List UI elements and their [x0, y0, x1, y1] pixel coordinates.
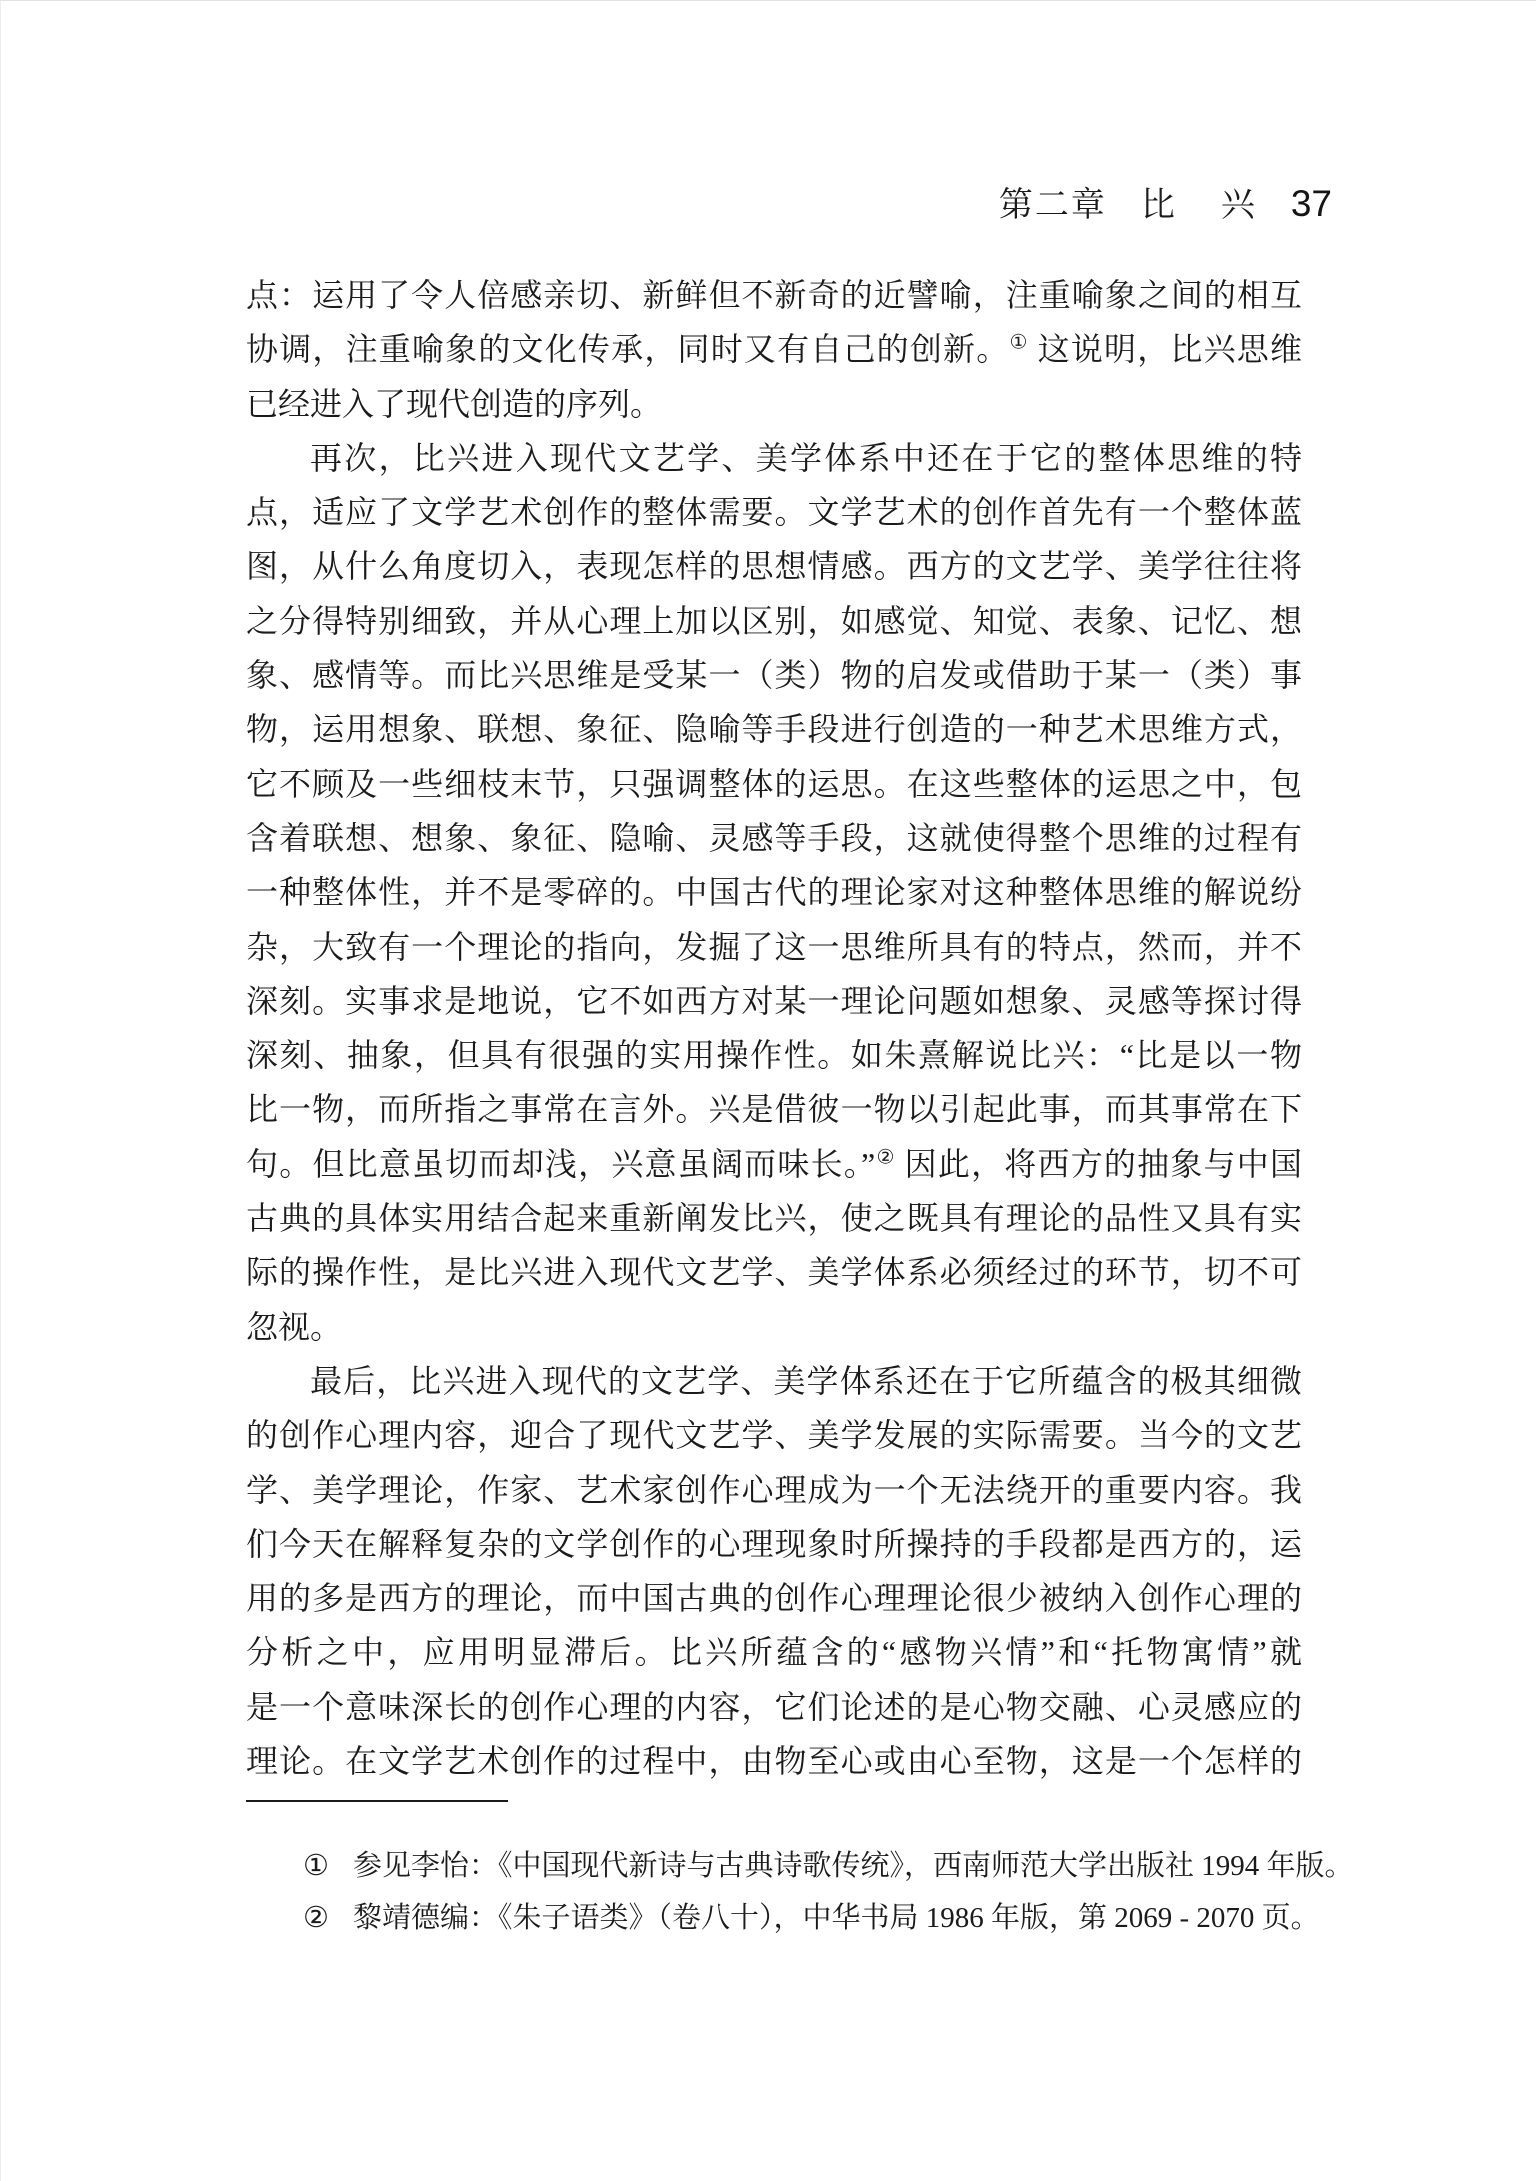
body-line: 们今天在解释复杂的文学创作的心理现象时所操持的手段都是西方的，运: [246, 1517, 1302, 1571]
footnote-marker: ②: [303, 1892, 329, 1944]
chapter-label: 第二章: [999, 187, 1107, 224]
body-line: 深刻、抽象，但具有很强的实用操作性。如朱熹解说比兴：“比是以一物: [246, 1028, 1302, 1082]
running-header: 第二章比 兴37: [246, 184, 1332, 226]
body-line: 再次，比兴进入现代文艺学、美学体系中还在于它的整体思维的特: [246, 431, 1302, 485]
body-line: 用的多是西方的理论，而中国古典的创作心理理论很少被纳入创作心理的: [246, 1571, 1302, 1625]
book-page: 第二章比 兴37 点：运用了令人倍感亲切、新鲜但不新奇的近譬喻，注重喻象之间的相…: [0, 0, 1536, 2181]
body-line: 忽视。: [246, 1300, 1302, 1354]
body-line: 际的操作性，是比兴进入现代文艺学、美学体系必须经过的环节，切不可: [246, 1245, 1302, 1299]
body-line: 点：运用了令人倍感亲切、新鲜但不新奇的近譬喻，注重喻象之间的相互: [246, 268, 1302, 322]
body-line: 深刻。实事求是地说，它不如西方对某一理论问题如想象、灵感等探讨得: [246, 974, 1302, 1028]
body-line: 学、美学理论，作家、艺术家创作心理成为一个无法绕开的重要内容。我: [246, 1463, 1302, 1517]
body-line: 之分得特别细致，并从心理上加以区别，如感觉、知觉、表象、记忆、想: [246, 594, 1302, 648]
footnote-separator: [246, 1800, 508, 1802]
body-line: 理论。在文学艺术创作的过程中，由物至心或由心至物，这是一个怎样的: [246, 1734, 1302, 1788]
body-line: 物，运用想象、联想、象征、隐喻等手段进行创造的一种艺术思维方式，: [246, 702, 1302, 756]
body-line: 图，从什么角度切入，表现怎样的思想情感。西方的文艺学、美学往往将: [246, 539, 1302, 593]
footnote-text: 参见李怡：《中国现代新诗与古典诗歌传统》，西南师范大学出版社 1994 年版。: [353, 1840, 1354, 1892]
body-line: 的创作心理内容，迎合了现代文艺学、美学发展的实际需要。当今的文艺: [246, 1408, 1302, 1462]
footnote-ref: ②: [875, 1146, 895, 1168]
body-line: 古典的具体实用结合起来重新阐发比兴，使之既具有理论的品性又具有实: [246, 1191, 1302, 1245]
footnote-ref: ①: [1009, 332, 1028, 354]
body-text: 点：运用了令人倍感亲切、新鲜但不新奇的近譬喻，注重喻象之间的相互协调，注重喻象的…: [246, 268, 1302, 1788]
chapter-title: 比 兴: [1141, 187, 1261, 224]
body-line: 比一物，而所指之事常在言外。兴是借彼一物以引起此事，而其事常在下: [246, 1082, 1302, 1136]
body-line: 含着联想、想象、象征、隐喻、灵感等手段，这就使得整个思维的过程有: [246, 811, 1302, 865]
footnote-item: ②黎靖德编：《朱子语类》（卷八十），中华书局 1986 年版，第 2069 - …: [246, 1892, 1316, 1944]
body-line: 是一个意味深长的创作心理的内容，它们论述的是心物交融、心灵感应的: [246, 1680, 1302, 1734]
footnote-item: ①参见李怡：《中国现代新诗与古典诗歌传统》，西南师范大学出版社 1994 年版。: [246, 1840, 1316, 1892]
body-line: 点，适应了文学艺术创作的整体需要。文学艺术的创作首先有一个整体蓝: [246, 485, 1302, 539]
footnotes: ①参见李怡：《中国现代新诗与古典诗歌传统》，西南师范大学出版社 1994 年版。…: [246, 1840, 1316, 1944]
footnote-marker: ①: [303, 1840, 329, 1892]
body-line: 分析之中，应用明显滞后。比兴所蕴含的“感物兴情”和“托物寓情”就: [246, 1625, 1302, 1679]
body-line: 句。但比意虽切而却浅，兴意虽阔而味长。”② 因此，将西方的抽象与中国: [246, 1137, 1302, 1191]
footnote-text: 黎靖德编：《朱子语类》（卷八十），中华书局 1986 年版，第 2069 - 2…: [353, 1892, 1320, 1944]
page-number: 37: [1291, 184, 1332, 224]
body-line: 它不顾及一些细枝末节，只强调整体的运思。在这些整体的运思之中，包: [246, 757, 1302, 811]
body-line: 象、感情等。而比兴思维是受某一（类）物的启发或借助于某一（类）事: [246, 648, 1302, 702]
body-line: 已经进入了现代创造的序列。: [246, 377, 1302, 431]
body-line: 最后，比兴进入现代的文艺学、美学体系还在于它所蕴含的极其细微: [246, 1354, 1302, 1408]
body-line: 杂，大致有一个理论的指向，发掘了这一思维所具有的特点，然而，并不: [246, 920, 1302, 974]
body-line: 一种整体性，并不是零碎的。中国古代的理论家对这种整体思维的解说纷: [246, 865, 1302, 919]
body-line: 协调，注重喻象的文化传承，同时又有自己的创新。① 这说明，比兴思维: [246, 322, 1302, 376]
